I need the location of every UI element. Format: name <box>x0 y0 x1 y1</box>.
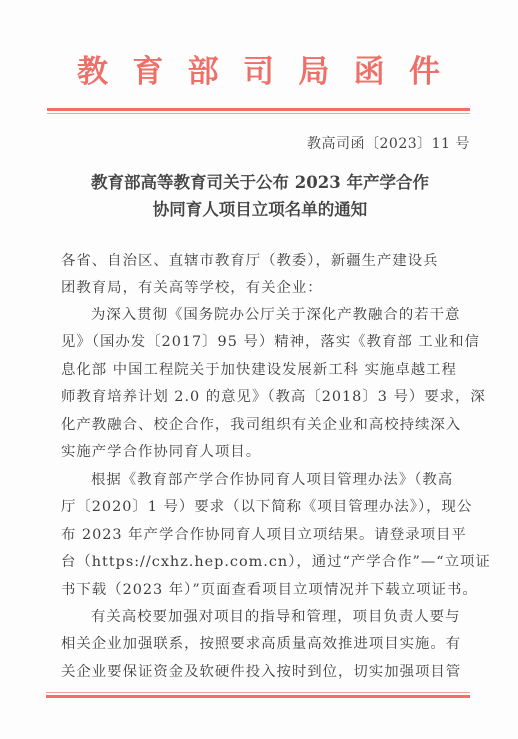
paragraph-3: 有关高校要加强对项目的指导和管理，项目负责人要与 相关企业加强联系，按照要求高质… <box>61 604 461 686</box>
document-number: 教高司函〔2023〕11 号 <box>307 133 470 153</box>
text-line: 关企业要保证资金及软硬件投入按时到位，切实加强项目管 <box>61 659 461 686</box>
paragraph-2: 根据《教育部产学合作协同育人项目管理办法》（教高 厅〔2020〕1 号）要求（以… <box>61 467 461 604</box>
text-line: 见》（国办发〔2017〕95 号）精神，落实《教育部 工业和信 <box>61 329 461 356</box>
text-line: 化产教融合、校企合作，我司组织有关企业和高校持续深入 <box>61 412 461 439</box>
text-line: 书下载（2023 年）”页面查看项目立项情况并下载立项证书。 <box>61 577 461 604</box>
letterhead-char: 教 <box>77 57 108 88</box>
text-line: 实施产学合作协同育人项目。 <box>61 439 461 466</box>
paragraph-1: 为深入贯彻《国务院办公厅关于深化产教融合的若干意 见》（国办发〔2017〕95 … <box>61 302 461 466</box>
header-rule-thick <box>47 108 470 111</box>
letterhead-char: 部 <box>188 57 219 88</box>
text-line: 厅〔2020〕1 号）要求（以下简称《项目管理办法》），现公 <box>61 494 461 521</box>
text-line: 布 2023 年产学合作协同育人项目立项结果。请登录项目平 <box>61 522 461 549</box>
letterhead-char: 局 <box>298 57 329 88</box>
title-line: 教育部高等教育司关于公布 2023 年产学合作 <box>60 169 460 196</box>
document-title: 教育部高等教育司关于公布 2023 年产学合作 协同育人项目立项名单的通知 <box>60 169 460 223</box>
footer-rule-thin <box>46 692 470 693</box>
title-line: 协同育人项目立项名单的通知 <box>60 196 460 223</box>
text-line: 各省、自治区、直辖市教育厅（教委），新疆生产建设兵 <box>61 248 461 275</box>
text-line: 相关企业加强联系，按照要求高质量高效推进项目实施。有 <box>61 631 461 658</box>
document-page: 教 育 部 司 局 函 件 教高司函〔2023〕11 号 教育部高等教育司关于公… <box>0 0 518 739</box>
header-rule-thin <box>47 113 470 114</box>
letterhead-char: 件 <box>409 57 440 88</box>
letterhead-char: 函 <box>354 57 385 88</box>
text-line: 根据《教育部产学合作协同育人项目管理办法》（教高 <box>61 467 461 494</box>
text-line: 台（https://cxhz.hep.com.cn），通过“产学合作”—“立项证 <box>61 549 461 576</box>
letterhead-char: 司 <box>243 57 274 88</box>
letterhead-char: 育 <box>132 57 163 88</box>
text-line: 为深入贯彻《国务院办公厅关于深化产教融合的若干意 <box>61 302 461 329</box>
text-line: 师教育培养计划 2.0 的意见》（教高〔2018〕3 号）要求，深 <box>61 384 461 411</box>
letterhead-title: 教 育 部 司 局 函 件 <box>47 52 470 92</box>
text-line: 团教育局，有关高等学校，有关企业： <box>61 275 461 302</box>
footer-rule-thick <box>46 695 470 698</box>
addressee: 各省、自治区、直辖市教育厅（教委），新疆生产建设兵 团教育局，有关高等学校，有关… <box>61 248 461 303</box>
text-line: 息化部 中国工程院关于加快建设发展新工科 实施卓越工程 <box>61 357 461 384</box>
text-line: 有关高校要加强对项目的指导和管理，项目负责人要与 <box>61 604 461 631</box>
